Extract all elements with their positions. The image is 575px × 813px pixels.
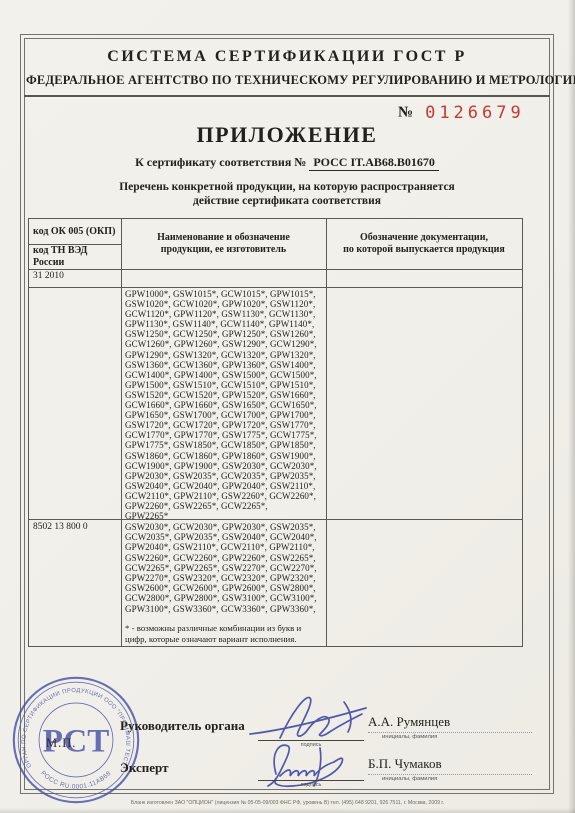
product-code-list-2: GSW2030*, GCW2030*, GPW2030*, GSW2035*,G… [125,522,324,614]
column-header-line: Обозначение документации, [360,232,488,244]
header-row-divider [29,269,522,270]
product-code-line: GSW1020*, GCW1020*, GPW1020*, GSW1120*, [125,299,324,309]
form-number-value: 0126679 [425,103,525,123]
column-header-line: продукции, ее изготовитель [161,244,286,256]
agency-title: ФЕДЕРАЛЬНОЕ АГЕНТСТВО ПО ТЕХНИЧЕСКОМУ РЕ… [26,73,548,88]
svg-text:РОСС RU.0001.11АВ68: РОСС RU.0001.11АВ68 [39,770,112,791]
product-code-line: GSW1720*, GCW1720*, GPW1720*, GSW1770*, [125,420,324,430]
certification-system-title: СИСТЕМА СЕРТИФИКАЦИИ ГОСТ Р [26,48,548,66]
name-caption: инициалы, фамилия [382,776,437,782]
product-code-line: GPW2030*, GSW2035*, GCW2035*, GPW2035*, [125,471,324,481]
number-sign: № [398,105,413,121]
header-divider [24,95,550,97]
product-code-line: GSW2030*, GCW2030*, GPW2030*, GSW2035*, [125,522,324,532]
product-code-line: GPW1775*, GSW1850*, GCW1850*, GPW1850*, [125,440,324,450]
product-code-line: GPW2270*, GSW2320*, GCW2320*, GPW2320*, [125,573,324,583]
column-header-okp: код ОК 005 (ОКП) [29,219,121,244]
product-code-line: GPW1650*, GSW1700*, GCW1700*, GPW1700*, [125,410,324,420]
product-code-line: GCW2035*, GPW2035*, GSW2040*, GCW2040*, [125,532,324,542]
asterisk-footnote: * - возможны различные комбинации из бук… [125,623,322,644]
product-code-line: GPW2260*, GSW2265*, GCW2265*, [125,501,324,511]
form-number: № 0126679 [398,103,525,123]
product-code-line: GSW2040*, GCW2040*, GPW2040*, GSW2110*, [125,481,324,491]
product-code-line: GCW2800*, GPW2800*, GSW3100*, GCW3100*, [125,593,324,603]
product-code-line: GPW1130*, GSW1140*, GCW1140*, GPW1140*, [125,319,324,329]
product-code-line: GCW2110*, GPW2110*, GSW2260*, GCW2260*, [125,491,324,501]
column-divider [121,219,122,646]
product-code-line: GCW1120*, GPW1120*, GSW1130*, GCW1130*, [125,309,324,319]
column-header-product: Наименование и обозначениепродукции, ее … [121,219,326,269]
scan-edge-shadow [0,808,575,813]
tnved-code-value: 8502 13 800 0 [33,522,88,532]
product-code-list-1: GPW1000*, GSW1015*, GCW1015*, GPW1015*,G… [125,289,324,521]
name-caption: инициалы, фамилия [382,734,437,740]
head-of-body-label: Руководитель органа [120,718,245,734]
head-of-body-name: А.А. Румянцев [368,714,532,733]
head-of-body-signature [246,690,374,744]
scope-description: Перечень конкретной продукции, на котору… [26,180,548,208]
product-code-line: GSW1250*, GCW1250*, GPW1250*, GSW1260*, [125,329,324,339]
signature-line [258,780,364,781]
scan-edge-shadow [568,0,575,813]
product-code-line: GCW1770*, GPW1770*, GSW1775*, GCW1775*, [125,430,324,440]
blank-manufacturer-fine-print: Бланк изготовлен ЗАО "ОПЦИОН" (лицензия … [60,800,515,806]
certificate-appendix-page: СИСТЕМА СЕРТИФИКАЦИИ ГОСТ Р ФЕДЕРАЛЬНОЕ … [0,0,575,813]
product-code-line: GCW1660*, GPW1660*, GSW1650*, GCW1650*, [125,400,324,410]
certificate-number: РОСС IT.АВ68.В01670 [309,155,439,171]
product-code-line: GPW2265* [125,511,324,521]
product-code-line: GSW1860*, GCW1860*, GPW1860*, GSW1900*, [125,451,324,461]
expert-label: Эксперт [120,760,168,776]
product-code-line: GPW1000*, GSW1015*, GCW1015*, GPW1015*, [125,289,324,299]
stamp-registry-number: РОСС RU.0001.11АВ68 [39,770,112,791]
product-code-line: GPW1290*, GSW1320*, GCW1320*, GPW1320*, [125,350,324,360]
certificate-reference: К сертификату соответствия № РОСС IT.АВ6… [26,155,548,170]
column-header-line: по которой выпускается продукция [343,244,505,256]
column-header-documentation: Обозначение документации,по которой выпу… [326,219,522,269]
certificate-reference-label: К сертификату соответствия № [135,155,306,169]
scope-description-line: действие сертификата соответствия [26,194,548,208]
product-code-line: GPW1500*, GSW1510*, GCW1510*, GPW1510*, [125,380,324,390]
product-code-line: GSW1360*, GCW1360*, GPW1360*, GSW1400*, [125,360,324,370]
product-code-line: GPW2040*, GSW2110*, GCW2110*, GPW2110*, [125,542,324,552]
column-divider [326,219,327,646]
column-header-line: Наименование и обозначение [157,232,290,244]
page-title: ПРИЛОЖЕНИЕ [26,122,548,148]
product-code-line: GPW3100*, GSW3360*, GCW3360*, GPW3360*, [125,604,324,614]
products-table: код ОК 005 (ОКП) код ТН ВЭД России Наиме… [28,218,523,647]
product-code-line: GSW2260*, GCW2260*, GPW2260*, GSW2265*, [125,553,324,563]
product-code-line: GCW2265*, GPW2265*, GSW2270*, GCW2270*, [125,563,324,573]
product-code-line: GCW1900*, GPW1900*, GSW2030*, GCW2030*, [125,461,324,471]
stamp-place-abbr: М.П. [46,736,76,751]
okp-code-value: 31 2010 [33,271,64,281]
row-divider [29,287,522,288]
product-code-line: GSW2600*, GCW2600*, GPW2600*, GSW2800*, [125,583,324,593]
product-code-line: GCW1400*, GPW1400*, GSW1500*, GCW1500*, [125,370,324,380]
product-code-line: GSW1520*, GCW1520*, GPW1520*, GSW1660*, [125,390,324,400]
column-header-tnved: код ТН ВЭД России [29,244,121,269]
scope-description-line: Перечень конкретной продукции, на котору… [26,180,548,194]
product-code-line: GCW1260*, GPW1260*, GSW1290*, GCW1290*, [125,339,324,349]
expert-name: Б.П. Чумаков [368,756,532,775]
signature-caption: подпись [258,782,364,788]
